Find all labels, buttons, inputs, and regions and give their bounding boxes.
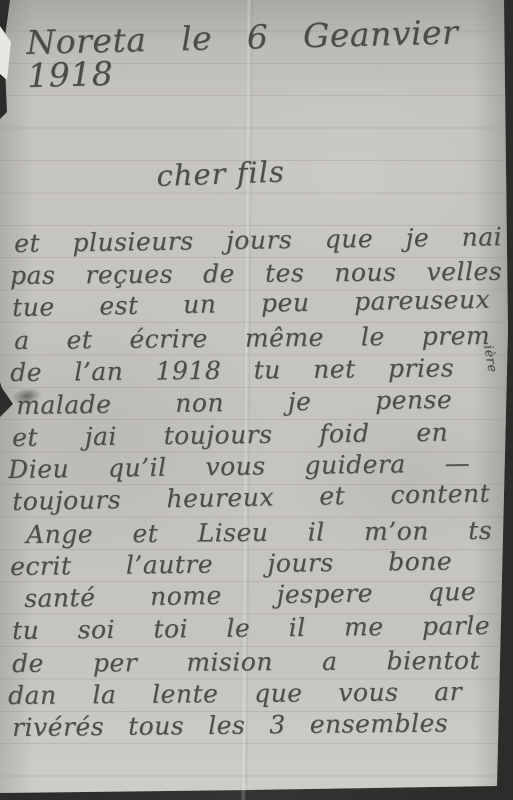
- salutation-line: cher fils: [156, 158, 285, 191]
- handwriting-line: de per mision a bientot: [12, 648, 480, 676]
- handwriting-line: tu soi toi le il me parle: [12, 613, 490, 643]
- handwriting-line: Ange et Liseu il m’on ts: [26, 518, 492, 547]
- handwriting-line: de l’an 1918 tu net pries: [10, 355, 454, 385]
- handwriting-line: Dieu qu’il vous guidera —: [8, 451, 470, 482]
- handwriting-line: santé nome jespere que: [24, 579, 476, 611]
- handwriting-line: et plusieurs jours que je nai: [14, 224, 502, 256]
- handwriting-line: rivérés tous les 3 ensembles: [12, 710, 448, 740]
- handwriting-line: malade non je pense: [16, 387, 452, 418]
- date-line: Noreta le 6 Geanvier 1918: [26, 15, 459, 92]
- scanned-letter-photo: Noreta le 6 Geanvier 1918 cher fils et p…: [0, 0, 513, 800]
- handwriting-line: et jai toujours foid en: [12, 420, 448, 450]
- handwriting-line: pas reçues de tes nous velles: [10, 259, 502, 288]
- handwriting-line: a et écrire même le prem: [14, 323, 490, 353]
- handwriting-line: ecrit l’autre jours bone: [10, 549, 452, 579]
- handwriting-line: dan la lente que vous ar: [8, 679, 462, 708]
